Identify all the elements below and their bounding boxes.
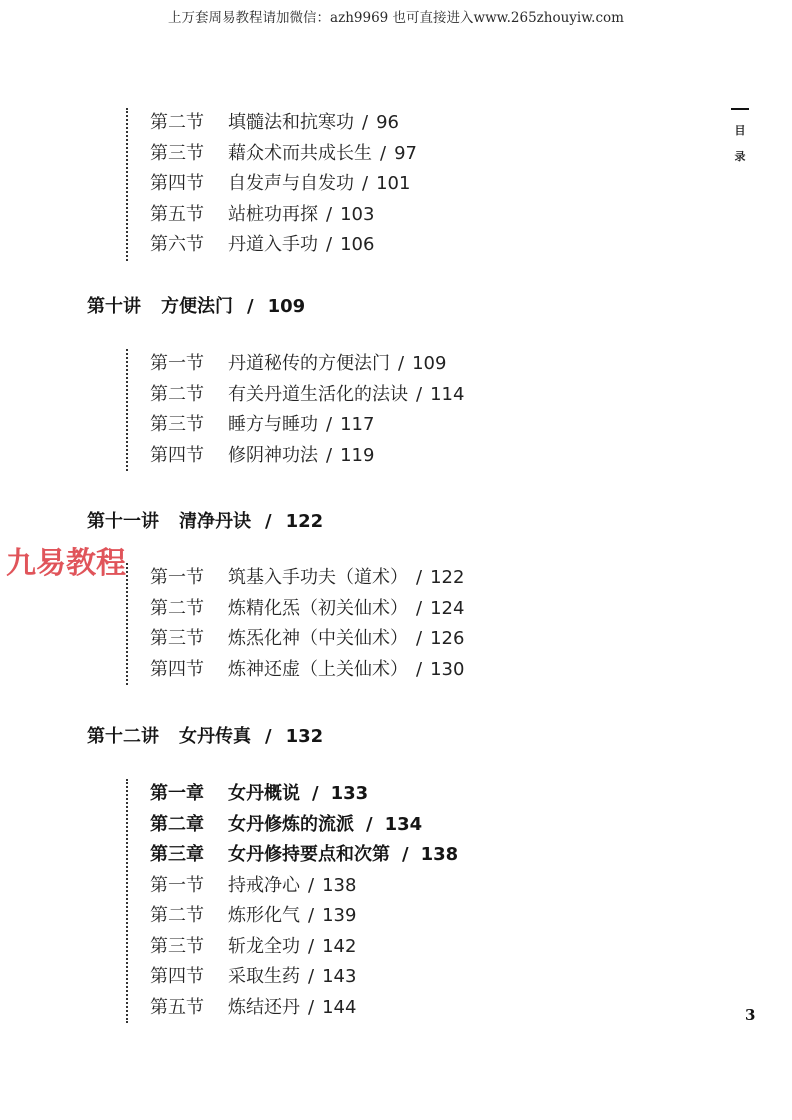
- entry-title: 炼精化炁（初关仙术）: [228, 598, 408, 619]
- toc-chapter-entry[interactable]: 第三章女丹修持要点和次第/138: [150, 840, 458, 871]
- lecture-separator: /: [251, 726, 286, 747]
- side-tab-char-mu: 目: [730, 124, 750, 138]
- entry-title: 斩龙全功: [228, 936, 300, 957]
- entry-separator: /: [300, 905, 322, 926]
- entry-title: 炼炁化神（中关仙术）: [228, 628, 408, 649]
- toc-entry[interactable]: 第四节自发声与自发功/101: [150, 169, 417, 200]
- entry-title: 炼神还虚（上关仙术）: [228, 659, 408, 680]
- toc-entry[interactable]: 第一节持戒净心/138: [150, 871, 458, 902]
- toc-lecture-10[interactable]: 第十讲方便法门/109: [87, 292, 305, 318]
- lecture-page: 122: [286, 511, 324, 532]
- entry-page: 139: [322, 905, 356, 926]
- toc-section-group-3: 第一节筑基入手功夫（道术）/122 第二节炼精化炁（初关仙术）/124 第三节炼…: [126, 563, 464, 685]
- entry-separator: /: [408, 384, 430, 405]
- entry-separator: /: [300, 875, 322, 896]
- entry-title: 女丹概说: [228, 783, 300, 804]
- entry-separator: /: [300, 966, 322, 987]
- entry-page: 96: [376, 112, 399, 133]
- entry-page: 106: [340, 234, 374, 255]
- entry-label: 第六节: [150, 230, 228, 261]
- entry-title: 女丹修持要点和次第: [228, 844, 390, 865]
- entry-page: 119: [340, 445, 374, 466]
- entry-label: 第三节: [150, 932, 228, 963]
- entry-title: 睡方与睡功: [228, 414, 318, 435]
- entry-title: 修阴神功法: [228, 445, 318, 466]
- entry-page: 97: [394, 143, 417, 164]
- entry-title: 筑基入手功夫（道术）: [228, 567, 408, 588]
- lecture-separator: /: [233, 296, 268, 317]
- entry-label: 第一节: [150, 871, 228, 902]
- toc-entry[interactable]: 第二节炼形化气/139: [150, 901, 458, 932]
- entry-title: 炼结还丹: [228, 997, 300, 1018]
- entry-label: 第四节: [150, 655, 228, 686]
- entry-label: 第二节: [150, 594, 228, 625]
- entry-separator: /: [408, 659, 430, 680]
- entry-title: 女丹修炼的流派: [228, 814, 354, 835]
- toc-entry[interactable]: 第一节筑基入手功夫（道术）/122: [150, 563, 464, 594]
- toc-section-group-1: 第二节填髓法和抗寒功/96 第三节藉众术而共成长生/97 第四节自发声与自发功/…: [126, 108, 417, 261]
- entry-title: 采取生药: [228, 966, 300, 987]
- entry-page: 117: [340, 414, 374, 435]
- entry-separator: /: [300, 936, 322, 957]
- entry-page: 124: [430, 598, 464, 619]
- toc-chapter-entry[interactable]: 第二章女丹修炼的流派/134: [150, 810, 458, 841]
- entry-title: 站桩功再探: [228, 204, 318, 225]
- toc-entry[interactable]: 第四节炼神还虚（上关仙术）/130: [150, 655, 464, 686]
- entry-page: 126: [430, 628, 464, 649]
- entry-page: 114: [430, 384, 464, 405]
- entry-label: 第三节: [150, 410, 228, 441]
- entry-label: 第三章: [150, 840, 228, 871]
- entry-title: 丹道秘传的方便法门: [228, 353, 390, 374]
- lecture-label: 第十一讲: [87, 511, 159, 532]
- lecture-page: 109: [268, 296, 306, 317]
- toc-entry[interactable]: 第二节填髓法和抗寒功/96: [150, 108, 417, 139]
- lecture-label: 第十二讲: [87, 726, 159, 747]
- toc-section-group-4: 第一章女丹概说/133 第二章女丹修炼的流派/134 第三章女丹修持要点和次第/…: [126, 779, 458, 1023]
- toc-entry[interactable]: 第六节丹道入手功/106: [150, 230, 417, 261]
- entry-label: 第二节: [150, 380, 228, 411]
- entry-separator: /: [318, 204, 340, 225]
- entry-separator: /: [408, 628, 430, 649]
- side-tab-rule: [731, 108, 749, 110]
- entry-page: 134: [385, 814, 423, 835]
- entry-page: 144: [322, 997, 356, 1018]
- toc-entry[interactable]: 第一节丹道秘传的方便法门/109: [150, 349, 464, 380]
- entry-title: 填髓法和抗寒功: [228, 112, 354, 133]
- watermark-logo: 九易教程: [6, 538, 126, 582]
- toc-entry[interactable]: 第三节斩龙全功/142: [150, 932, 458, 963]
- entry-page: 130: [430, 659, 464, 680]
- entry-label: 第五节: [150, 993, 228, 1024]
- toc-chapter-entry[interactable]: 第一章女丹概说/133: [150, 779, 458, 810]
- entry-separator: /: [318, 234, 340, 255]
- entry-separator: /: [300, 997, 322, 1018]
- entry-label: 第三节: [150, 139, 228, 170]
- entry-page: 122: [430, 567, 464, 588]
- entry-separator: /: [318, 445, 340, 466]
- entry-label: 第一节: [150, 349, 228, 380]
- entry-title: 持戒净心: [228, 875, 300, 896]
- entry-label: 第五节: [150, 200, 228, 231]
- lecture-title: 清净丹诀: [179, 511, 251, 532]
- toc-lecture-11[interactable]: 第十一讲清净丹诀/122: [87, 507, 323, 533]
- toc-entry[interactable]: 第二节炼精化炁（初关仙术）/124: [150, 594, 464, 625]
- lecture-title: 女丹传真: [179, 726, 251, 747]
- entry-label: 第二章: [150, 810, 228, 841]
- toc-entry[interactable]: 第五节站桩功再探/103: [150, 200, 417, 231]
- toc-entry[interactable]: 第四节采取生药/143: [150, 962, 458, 993]
- entry-label: 第三节: [150, 624, 228, 655]
- toc-section-group-2: 第一节丹道秘传的方便法门/109 第二节有关丹道生活化的法诀/114 第三节睡方…: [126, 349, 464, 471]
- toc-entry[interactable]: 第三节睡方与睡功/117: [150, 410, 464, 441]
- entry-title: 炼形化气: [228, 905, 300, 926]
- toc-entry[interactable]: 第二节有关丹道生活化的法诀/114: [150, 380, 464, 411]
- entry-label: 第四节: [150, 962, 228, 993]
- side-section-tab: 目 录: [730, 108, 750, 176]
- entry-separator: /: [372, 143, 394, 164]
- top-banner-text: 上万套周易教程请加微信：azh9969 也可直接进入www.265zhouyiw…: [0, 6, 792, 26]
- entry-separator: /: [354, 814, 385, 835]
- lecture-separator: /: [251, 511, 286, 532]
- entry-label: 第二节: [150, 901, 228, 932]
- entry-separator: /: [408, 567, 430, 588]
- entry-label: 第四节: [150, 441, 228, 472]
- entry-page: 133: [331, 783, 369, 804]
- entry-page: 138: [322, 875, 356, 896]
- entry-title: 藉众术而共成长生: [228, 143, 372, 164]
- entry-page: 101: [376, 173, 410, 194]
- toc-entry[interactable]: 第五节炼结还丹/144: [150, 993, 458, 1024]
- entry-separator: /: [318, 414, 340, 435]
- entry-separator: /: [354, 112, 376, 133]
- side-tab-char-lu: 录: [730, 150, 750, 164]
- toc-entry[interactable]: 第四节修阴神功法/119: [150, 441, 464, 472]
- toc-lecture-12[interactable]: 第十二讲女丹传真/132: [87, 722, 323, 748]
- entry-separator: /: [300, 783, 331, 804]
- entry-separator: /: [390, 844, 421, 865]
- entry-label: 第四节: [150, 169, 228, 200]
- entry-separator: /: [408, 598, 430, 619]
- entry-page: 109: [412, 353, 446, 374]
- entry-page: 138: [421, 844, 459, 865]
- lecture-label: 第十讲: [87, 296, 141, 317]
- entry-title: 丹道入手功: [228, 234, 318, 255]
- entry-label: 第一节: [150, 563, 228, 594]
- entry-separator: /: [390, 353, 412, 374]
- entry-separator: /: [354, 173, 376, 194]
- entry-page: 103: [340, 204, 374, 225]
- toc-entry[interactable]: 第三节炼炁化神（中关仙术）/126: [150, 624, 464, 655]
- entry-page: 142: [322, 936, 356, 957]
- entry-title: 自发声与自发功: [228, 173, 354, 194]
- entry-label: 第一章: [150, 779, 228, 810]
- lecture-title: 方便法门: [161, 296, 233, 317]
- toc-entry[interactable]: 第三节藉众术而共成长生/97: [150, 139, 417, 170]
- lecture-page: 132: [286, 726, 324, 747]
- entry-page: 143: [322, 966, 356, 987]
- entry-title: 有关丹道生活化的法诀: [228, 384, 408, 405]
- entry-label: 第二节: [150, 108, 228, 139]
- page-number: 3: [745, 1006, 755, 1024]
